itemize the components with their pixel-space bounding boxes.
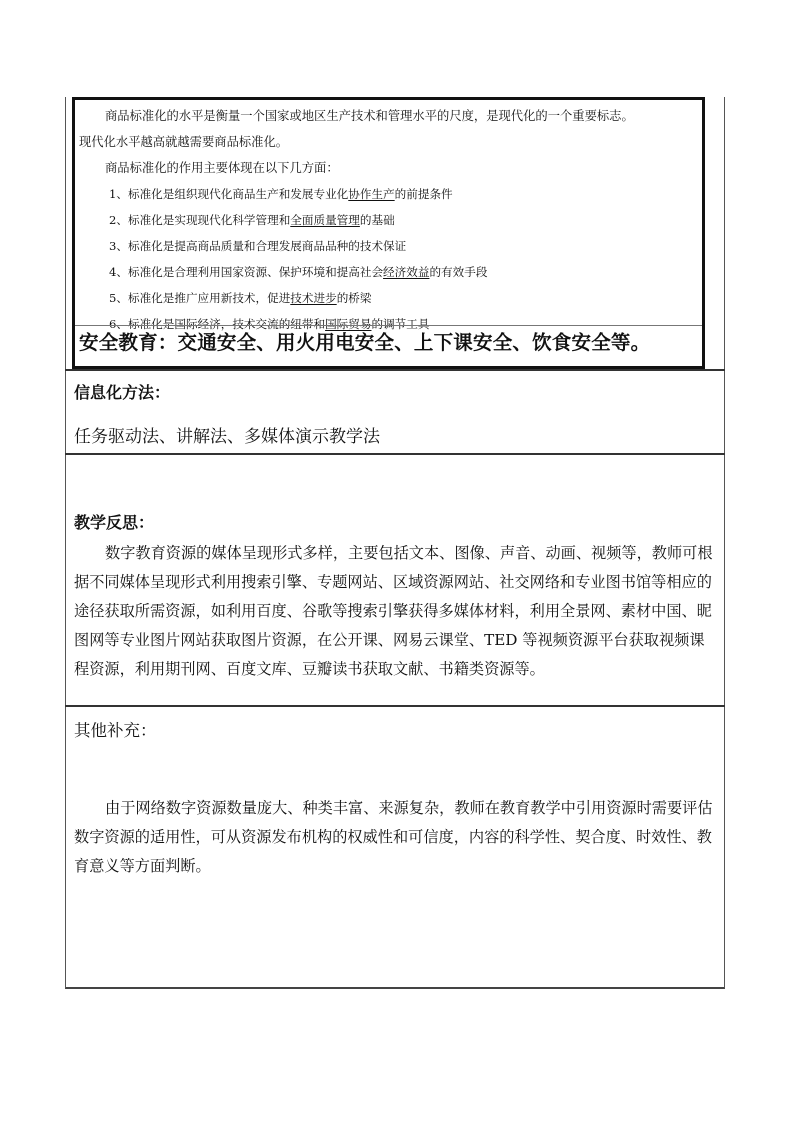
link-economic-benefit[interactable]: 经济效益 [383,265,429,279]
info-method-heading: 信息化方法： [74,380,170,403]
teaching-reflection-section: 教学反思： 数字教育资源的媒体呈现形式多样，主要包括文本、图像、声音、动画、视频… [65,453,725,705]
paragraph: 商品标准化的作用主要体现在以下几方面： [79,155,698,181]
info-method-section: 信息化方法： 任务驱动法、讲解法、多媒体演示教学法 [65,369,725,453]
standardization-box: 商品标准化的水平是衡量一个国家或地区生产技术和管理水平的尺度，是现代化的一个重要… [72,97,705,369]
link-collaborative-production[interactable]: 协作生产 [348,187,394,201]
other-heading: 其他补充： [74,717,157,741]
list-item: 2、标准化是实现现代化科学管理和全面质量管理的基础 [79,207,698,233]
link-technical-progress[interactable]: 技术进步 [290,291,336,305]
item-text: 的前提条件 [395,187,453,201]
item-text: 的桥梁 [337,291,372,305]
list-item: 3、标准化是提高商品质量和合理发展商品品种的技术保证 [79,233,698,259]
paragraph: 现代化水平越高就越需要商品标准化。 [79,129,698,155]
reflection-paragraph: 数字教育资源的媒体呈现形式多样，主要包括文本、图像、声音、动画、视频等，教师可根… [74,539,715,684]
item-text: 3、标准化是提高商品质量和合理发展商品品种的技术保证 [109,239,406,253]
item-text: 的有效手段 [429,265,487,279]
reflection-heading: 教学反思： [74,510,154,533]
other-paragraph: 由于网络数字资源数量庞大、种类丰富、来源复杂，教师在教育教学中引用资源时需要评估… [74,794,715,881]
paragraph: 商品标准化的水平是衡量一个国家或地区生产技术和管理水平的尺度，是现代化的一个重要… [79,103,698,129]
item-text: 2、标准化是实现现代化科学管理和 [109,213,290,227]
other-content: 由于网络数字资源数量庞大、种类丰富、来源复杂，教师在教育教学中引用资源时需要评估… [74,794,715,881]
divider [75,325,702,326]
standardization-content: 商品标准化的水平是衡量一个国家或地区生产技术和管理水平的尺度，是现代化的一个重要… [75,100,702,326]
list-item: 1、标准化是组织现代化商品生产和发展专业化协作生产的前提条件 [79,181,698,207]
safety-education-text: 安全教育：交通安全、用火用电安全、上下课安全、饮食安全等。 [79,328,650,358]
item-text: 的基础 [360,213,395,227]
info-method-content: 任务驱动法、讲解法、多媒体演示教学法 [74,422,380,447]
other-supplement-section: 其他补充： 由于网络数字资源数量庞大、种类丰富、来源复杂，教师在教育教学中引用资… [65,705,725,989]
item-text: 4、标准化是合理利用国家资源、保护环境和提高社会 [109,265,383,279]
item-text: 1、标准化是组织现代化商品生产和发展专业化 [109,187,348,201]
list-item: 4、标准化是合理利用国家资源、保护环境和提高社会经济效益的有效手段 [79,259,698,285]
link-total-quality-management[interactable]: 全面质量管理 [290,213,360,227]
reflection-content: 数字教育资源的媒体呈现形式多样，主要包括文本、图像、声音、动画、视频等，教师可根… [74,539,715,684]
list-item: 5、标准化是推广应用新技术，促进技术进步的桥梁 [79,285,698,311]
item-text: 5、标准化是推广应用新技术，促进 [109,291,290,305]
